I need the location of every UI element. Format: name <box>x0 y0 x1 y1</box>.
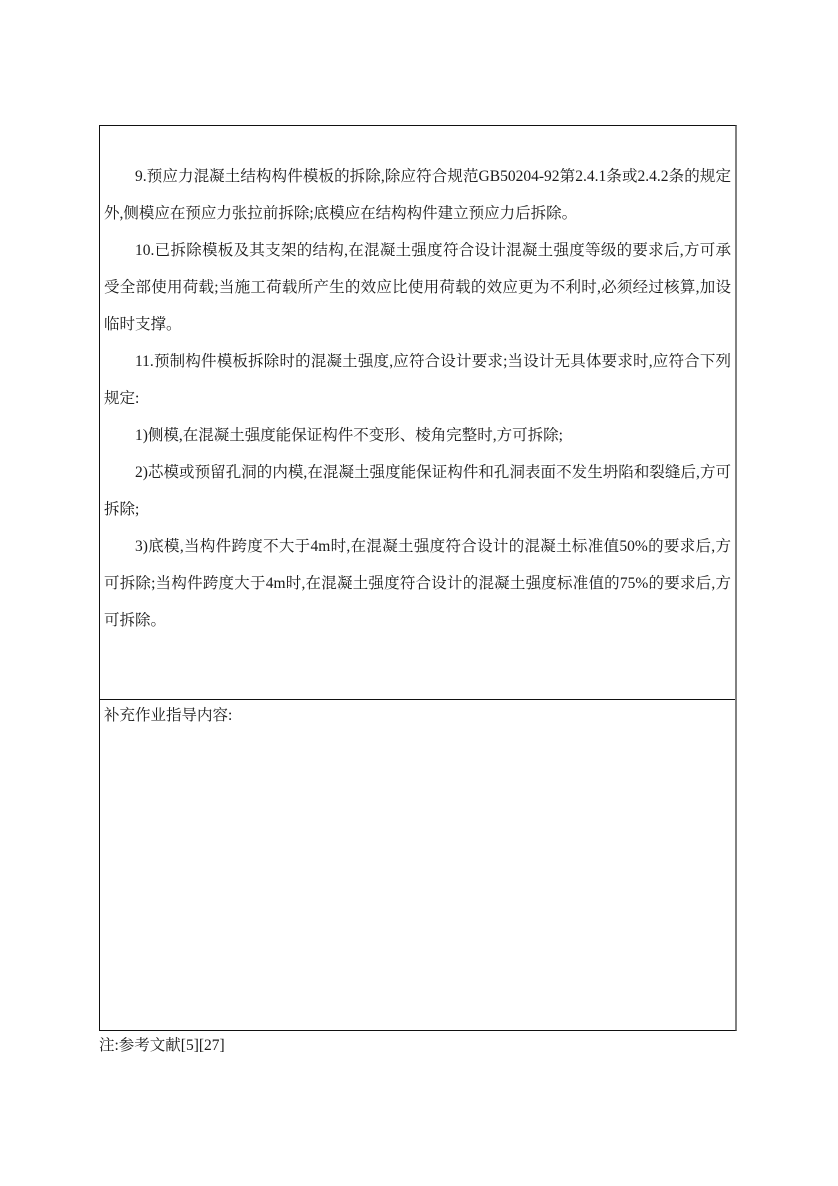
doc-subitem-1: 1)侧模,在混凝土强度能保证构件不变形、棱角完整时,方可拆除; <box>104 417 731 454</box>
supplement-cell: 补充作业指导内容: <box>100 700 735 728</box>
doc-paragraph-9: 9.预应力混凝土结构构件模板的拆除,除应符合规范GB50204-92第2.4.1… <box>104 158 731 232</box>
document-table: 9.预应力混凝土结构构件模板的拆除,除应符合规范GB50204-92第2.4.1… <box>99 125 737 1031</box>
document-page: 9.预应力混凝土结构构件模板的拆除,除应符合规范GB50204-92第2.4.1… <box>0 0 838 1186</box>
main-content-cell: 9.预应力混凝土结构构件模板的拆除,除应符合规范GB50204-92第2.4.1… <box>100 126 735 700</box>
footnote: 注:参考文献[5][27] <box>99 1036 225 1056</box>
doc-subitem-3: 3)底模,当构件跨度不大于4m时,在混凝土强度符合设计的混凝土标准值50%的要求… <box>104 528 731 639</box>
doc-paragraph-10: 10.已拆除模板及其支架的结构,在混凝土强度符合设计混凝土强度等级的要求后,方可… <box>104 232 731 343</box>
doc-paragraph-11: 11.预制构件模板拆除时的混凝土强度,应符合设计要求;当设计无具体要求时,应符合… <box>104 343 731 417</box>
supplement-label: 补充作业指导内容: <box>104 704 731 728</box>
doc-subitem-2: 2)芯模或预留孔洞的内模,在混凝土强度能保证构件和孔洞表面不发生坍陷和裂缝后,方… <box>104 454 731 528</box>
